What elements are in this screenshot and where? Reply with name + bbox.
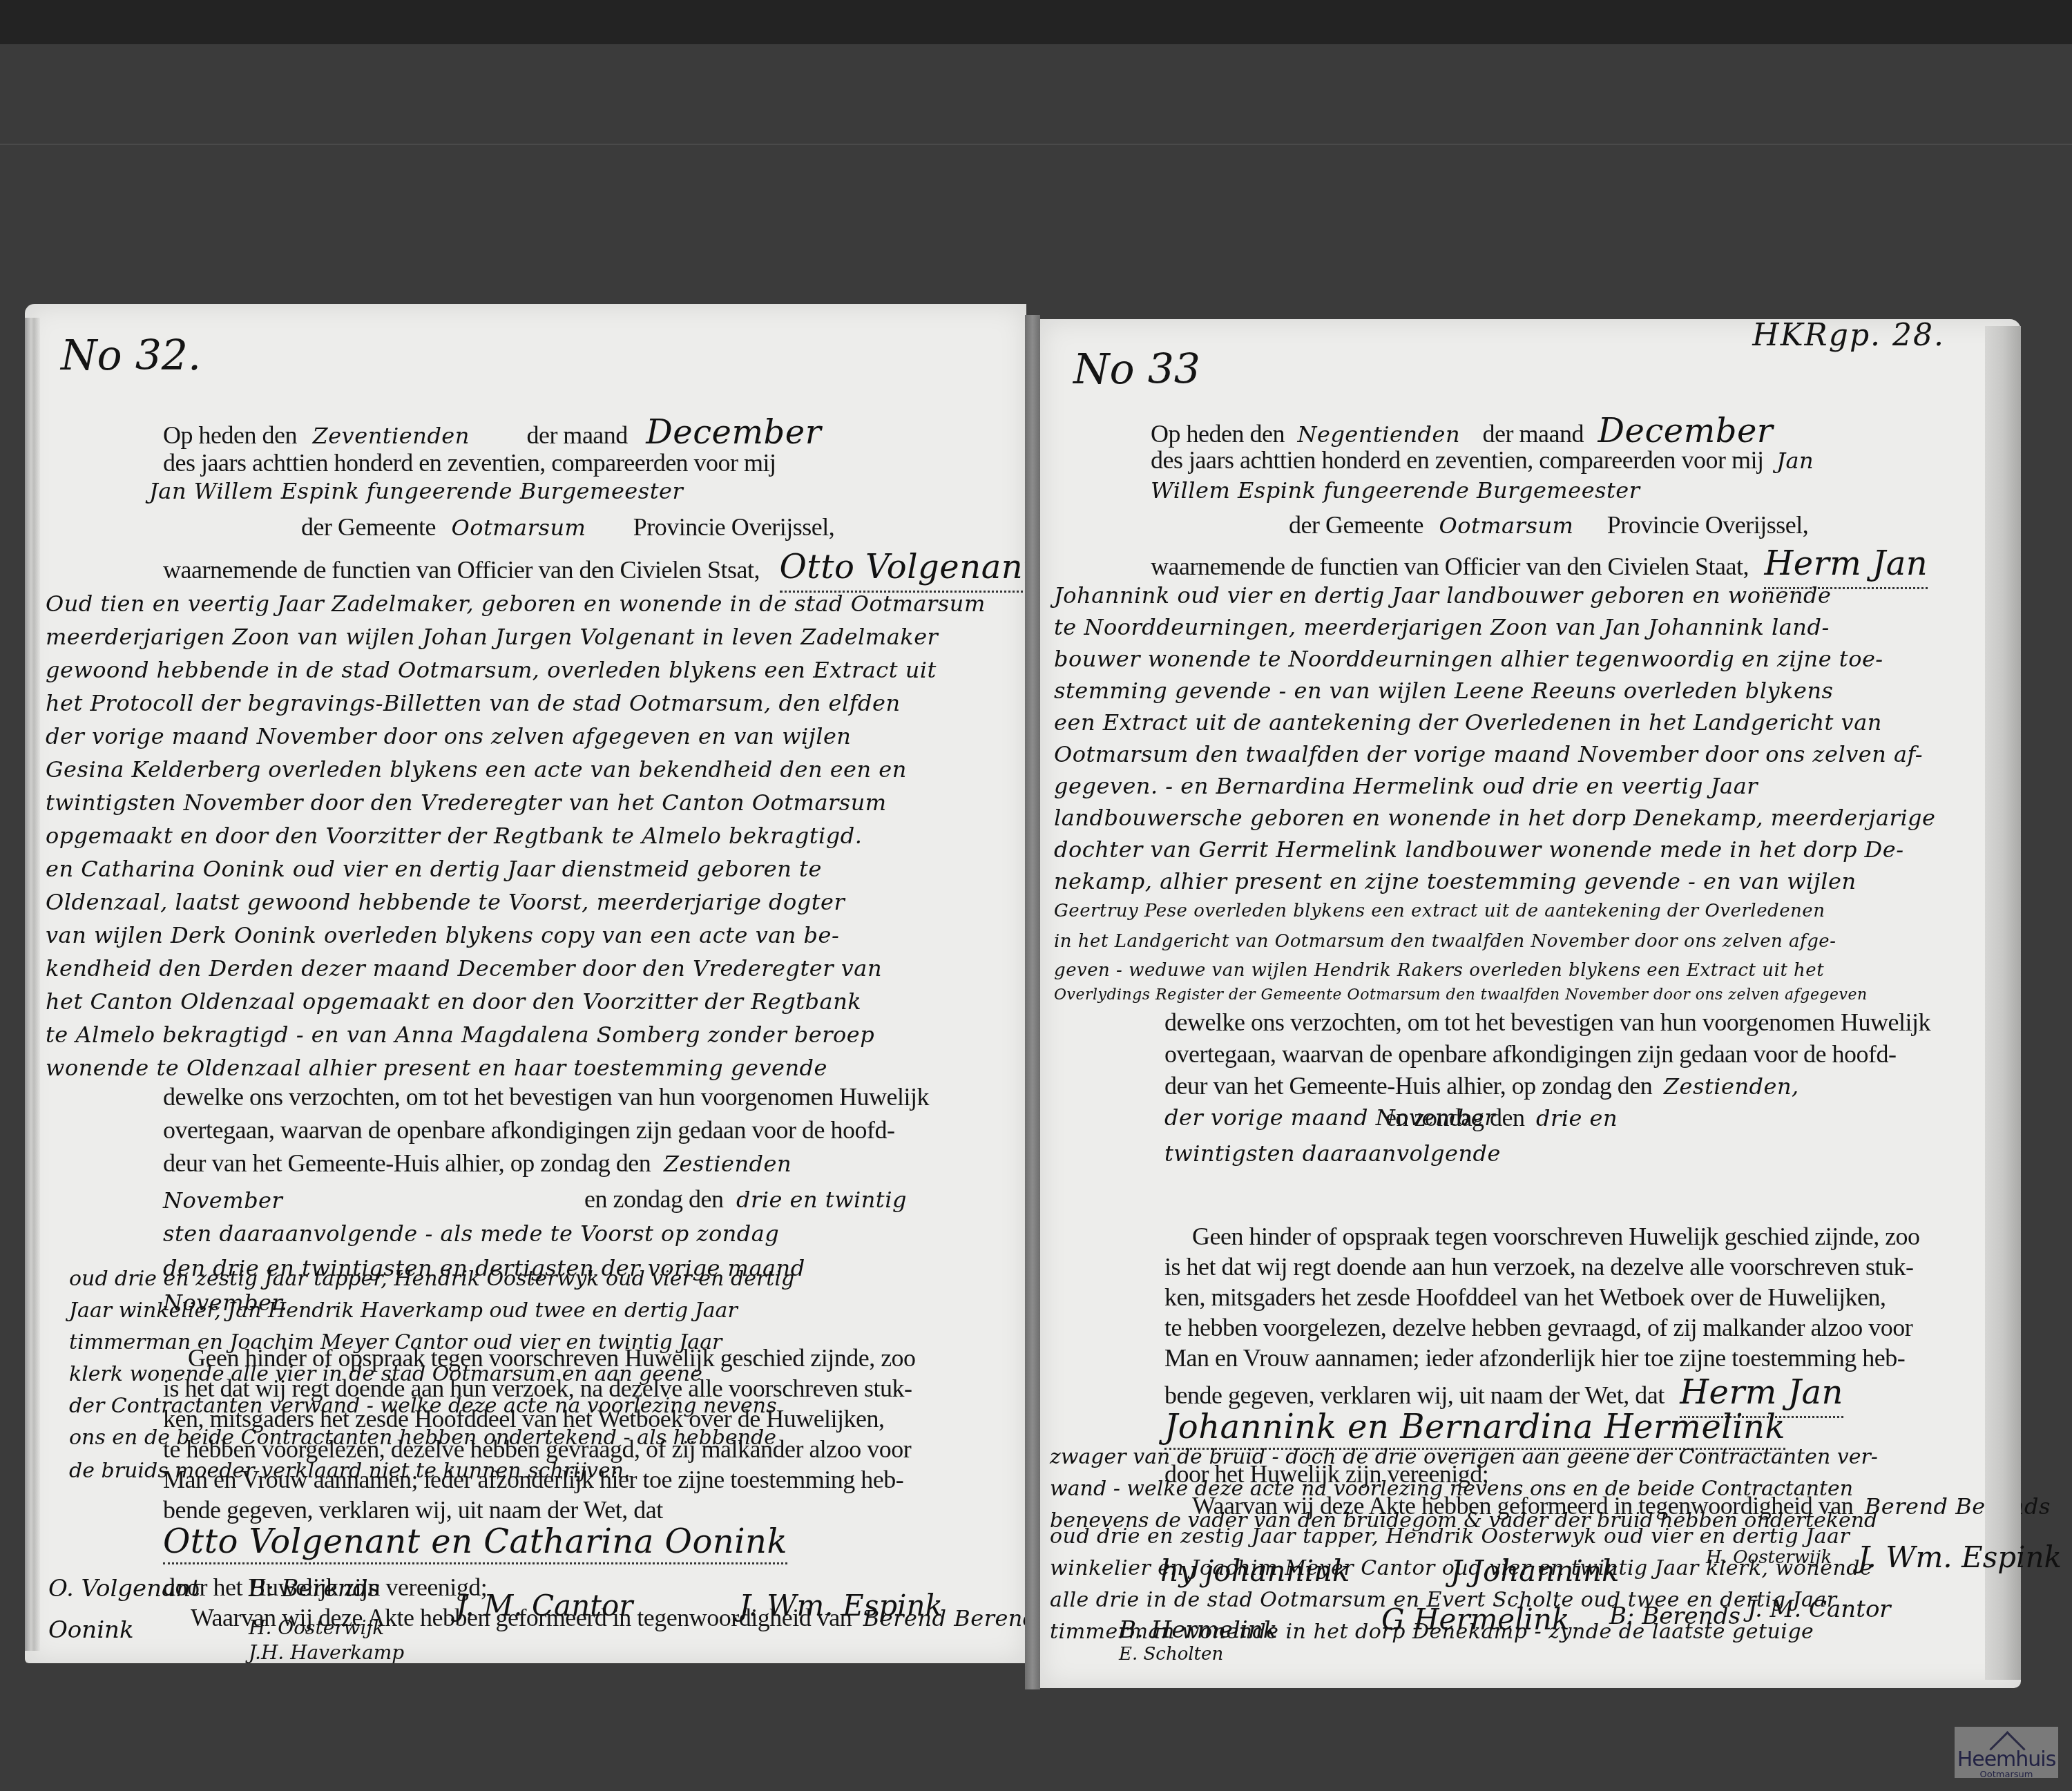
background-crease	[0, 144, 2072, 145]
witness-first-name: Berend Berends	[1865, 1493, 2051, 1520]
day-value: Negentienden	[1297, 421, 1460, 448]
function-label: waarnemende de functien van Officier van…	[163, 556, 760, 584]
gemeente-line: der Gemeente Ootmarsum Provincie Overijs…	[1289, 513, 1808, 537]
year-label: des jaars achttien honderd en zeventien,…	[1151, 446, 1764, 474]
hand-line: der vorige maand November door ons zelve…	[46, 725, 851, 747]
signature-bride-father: G Hermelink	[1381, 1602, 1570, 1636]
signature-groom: hy johannink	[1160, 1554, 1350, 1588]
witness-line: timmerman en Joachim Meyer Cantor oud vi…	[69, 1330, 722, 1354]
hand-line: Geertruy Pese overleden blykens een extr…	[1054, 902, 1825, 920]
print-line: overtegaan, waarvan de openbare afkondig…	[163, 1118, 895, 1142]
witness-line: klerk wonende alle vier in de stad Ootma…	[69, 1362, 702, 1386]
label-der-maand: der maand	[526, 421, 627, 449]
book-spine	[1025, 315, 1040, 1689]
signature-groom: O. Volgenant	[48, 1575, 200, 1602]
hand-line: twintigsten November door den Vrederegte…	[46, 792, 887, 814]
verklaren-label: bende gegeven, verklaren wij, uit naam d…	[1164, 1381, 1665, 1409]
label-op-heden: Op heden den	[1151, 420, 1285, 448]
month-value: December	[1598, 412, 1774, 450]
print-line-first-sunday: deur van het Gemeente-Huis alhier, op zo…	[163, 1151, 792, 1176]
witness-line: benevens de vader van den bruidegom & va…	[1050, 1509, 1877, 1533]
function-line: waarnemende de functien van Officier van…	[163, 550, 1037, 584]
witness-line: wand - welke deze acte na voorlezing nev…	[1050, 1477, 1853, 1501]
label-zondag: deur van het Gemeente-Huis alhier, op zo…	[163, 1149, 651, 1177]
hand-line: Gesina Kelderberg overleden blykens een …	[46, 758, 907, 780]
label-zondag-2: en zondag den	[1385, 1104, 1524, 1131]
hand-line-bride: gegeven. - en Bernardina Hermelink oud d…	[1054, 775, 1758, 797]
hand-line: een Extract uit de aantekening der Overl…	[1054, 711, 1882, 734]
witness-line: oud drie en zestig Jaar tapper, Hendrik …	[69, 1267, 794, 1291]
header-line-1: Op heden den Negentienden der maand Dece…	[1151, 414, 1773, 448]
day-value: Zeventienden	[312, 423, 469, 449]
print-line-first-sunday: deur van het Gemeente-Huis alhier, op zo…	[1164, 1073, 1799, 1098]
year-line: des jaars achttien honderd en zeventien,…	[1151, 448, 1814, 472]
hand-line: bouwer wonende te Noorddeurningen alhier…	[1054, 648, 1883, 670]
second-sunday: en zondag den drie en twintig	[584, 1187, 907, 1211]
witness-line: der Contractanten verwand - welke deze a…	[69, 1394, 777, 1418]
gemeente-line: der Gemeente Ootmarsum Provincie Overijs…	[301, 515, 834, 539]
scanner-top-band	[0, 0, 2072, 44]
heemhuis-watermark: Heemhuis Ootmarsum	[1955, 1727, 2058, 1778]
signature-witness: J.H. Haverkamp	[249, 1641, 404, 1664]
watermark-city: Ootmarsum	[1955, 1770, 2058, 1780]
hand-line: het Protocoll der begravings-Billetten v…	[46, 692, 901, 714]
hand-line: dochter van Gerrit Hermelink landbouwer …	[1054, 839, 1903, 861]
couple-names: Johannink en Bernardina Hermelink	[1164, 1410, 1785, 1450]
witness-line: Jaar winkelier, Jan Hendrik Haverkamp ou…	[69, 1299, 738, 1323]
signature-witness: B: Berends	[249, 1575, 380, 1602]
signature-witness: J. M. Cantor	[1747, 1596, 1891, 1623]
label-der-maand: der maand	[1483, 420, 1584, 448]
hand-line: in het Landgericht van Ootmarsum den twa…	[1054, 932, 1836, 950]
witness-line: zwager van de bruid - doch de drie overi…	[1050, 1445, 1878, 1469]
signature-groom-father: J Johannink	[1450, 1554, 1619, 1588]
provincie-label: Provincie Overijssel,	[633, 513, 834, 541]
signature-witness: E. Scholten	[1119, 1644, 1223, 1665]
hand-line: Oud tien en veertig Jaar Zadelmaker, geb…	[46, 593, 986, 615]
label-gemeente: der Gemeente	[1289, 511, 1423, 539]
print-line-verklaren: bende gegeven, verklaren wij, uit naam d…	[1164, 1376, 1843, 1409]
hand-line: te Noorddeurningen, meerderjarigen Zoon …	[1054, 616, 1830, 638]
provincie-label: Provincie Overijssel,	[1607, 511, 1808, 539]
signature-mayor: J. Wm. Espink	[739, 1589, 943, 1622]
hand-line: nekamp, alhier present en zijne toestemm…	[1054, 870, 1857, 892]
record-number: No 33	[1073, 345, 1200, 394]
hand-line: het Canton Oldenzaal opgemaakt en door d…	[46, 990, 861, 1013]
month-value: December	[646, 413, 821, 452]
hand-line: Oldenzaal, laatst gewoond hebbende te Vo…	[46, 891, 845, 913]
label-gemeente: der Gemeente	[301, 513, 436, 541]
header-line-1: Op heden den Zeventienden der maand Dece…	[163, 416, 821, 449]
hand-line: twintigsten daaraanvolgende	[1164, 1142, 1501, 1165]
hand-line: landbouwersche geboren en wonende in het…	[1054, 807, 1936, 829]
signature-bride-mark: Oonink	[48, 1616, 134, 1644]
function-label: waarnemende de functien van Officier van…	[1151, 553, 1749, 580]
signature-witness: H. Oosterwijk	[1706, 1547, 1832, 1568]
second-sunday-value: drie en twintig	[736, 1187, 907, 1213]
print-line: dewelke ons verzochten, om tot het beves…	[163, 1084, 929, 1109]
witness-line: de bruids moeder verklaard niet te kunne…	[69, 1459, 631, 1483]
print-line: dewelke ons verzochten, om tot het beves…	[1164, 1010, 1930, 1035]
hand-line: meerderjarigen Zoon van wijlen Johan Jur…	[46, 626, 938, 648]
hand-line: wonende te Oldenzaal alhier present en h…	[46, 1057, 827, 1079]
print-line: is het dat wij regt doende aan hun verzo…	[1164, 1254, 1914, 1279]
hand-line: gewoond hebbende in de stad Ootmarsum, o…	[46, 659, 937, 681]
first-sunday-value: Zestienden	[664, 1151, 792, 1177]
label-op-heden: Op heden den	[163, 421, 297, 449]
hand-line: van wijlen Derk Oonink overleden blykens…	[46, 924, 839, 946]
second-sunday-value: drie en	[1536, 1105, 1618, 1131]
gemeente-value: Ootmarsum	[1439, 513, 1573, 539]
watermark-name: Heemhuis	[1955, 1747, 2058, 1772]
second-sunday: en zondag den drie en	[1385, 1105, 1618, 1130]
hand-line: sten daaraanvolgende - als mede te Voors…	[163, 1223, 779, 1245]
couple-names: Otto Volgenant en Catharina Oonink	[163, 1525, 787, 1564]
officer-line: Willem Espink fungeerende Burgemeester	[1151, 479, 1640, 501]
officer-first-name: Jan	[1776, 448, 1814, 474]
first-sunday-value: Zestienden,	[1664, 1073, 1799, 1100]
print-line: bende gegeven, verklaren wij, uit naam d…	[163, 1497, 663, 1522]
label-zondag-2: en zondag den	[584, 1185, 723, 1213]
print-line: te hebben voorgelezen, dezelve hebben ge…	[1164, 1315, 1912, 1340]
hand-line-bride: en Catharina Oonink oud vier en dertig J…	[46, 858, 822, 880]
print-line: Geen hinder of opspraak tegen voorschrev…	[1192, 1224, 1920, 1249]
record-number: No 32.	[61, 332, 201, 380]
hand-line: opgemaakt en door den Voorzitter der Reg…	[46, 825, 862, 847]
function-line: waarnemende de functien van Officier van…	[1151, 547, 1928, 580]
hand-line: te Almelo bekragtigd - en van Anna Magda…	[46, 1024, 874, 1046]
signature-witness: J. M. Cantor	[456, 1589, 633, 1622]
folio-number: HKRgp. 28.	[1752, 318, 1945, 353]
print-line: ken, mitsgaders het zesde Hoofddeel van …	[1164, 1285, 1886, 1310]
signature-witness: B: Berends	[1609, 1602, 1740, 1630]
groom-name: Otto Volgenant	[780, 548, 1037, 593]
hand-line: Johannink oud vier en dertig Jaar landbo…	[1054, 584, 1832, 606]
witness-line: ons en de beide Contractanten hebben ond…	[69, 1426, 776, 1450]
signature-witness: H. Oosterwijk	[249, 1616, 384, 1639]
officer-line: Jan Willem Espink fungeerende Burgemeest…	[149, 480, 683, 502]
hand-line: Overlydings Register der Gemeente Ootmar…	[1054, 988, 1868, 1003]
print-line: Man en Vrouw aannamen; ieder afzonderlij…	[1164, 1345, 1905, 1370]
hand-line: kendheid den Derden dezer maand December…	[46, 957, 882, 979]
signature-bride: B. Hermelink	[1119, 1616, 1277, 1644]
year-line: des jaars achttien honderd en zeventien,…	[163, 450, 776, 475]
first-sunday-month: November	[163, 1189, 282, 1211]
hand-line: Ootmarsum den twaalfden der vorige maand…	[1054, 743, 1923, 765]
signature-mayor: J. Wm. Espink	[1858, 1540, 2062, 1574]
hand-line: stemming gevende - en van wijlen Leene R…	[1054, 680, 1833, 702]
hand-line: geven - weduwe van wijlen Hendrik Rakers…	[1054, 961, 1824, 979]
gemeente-value: Ootmarsum	[451, 515, 586, 541]
print-line: overtegaan, waarvan de openbare afkondig…	[1164, 1042, 1897, 1066]
label-zondag: deur van het Gemeente-Huis alhier, op zo…	[1164, 1072, 1652, 1100]
